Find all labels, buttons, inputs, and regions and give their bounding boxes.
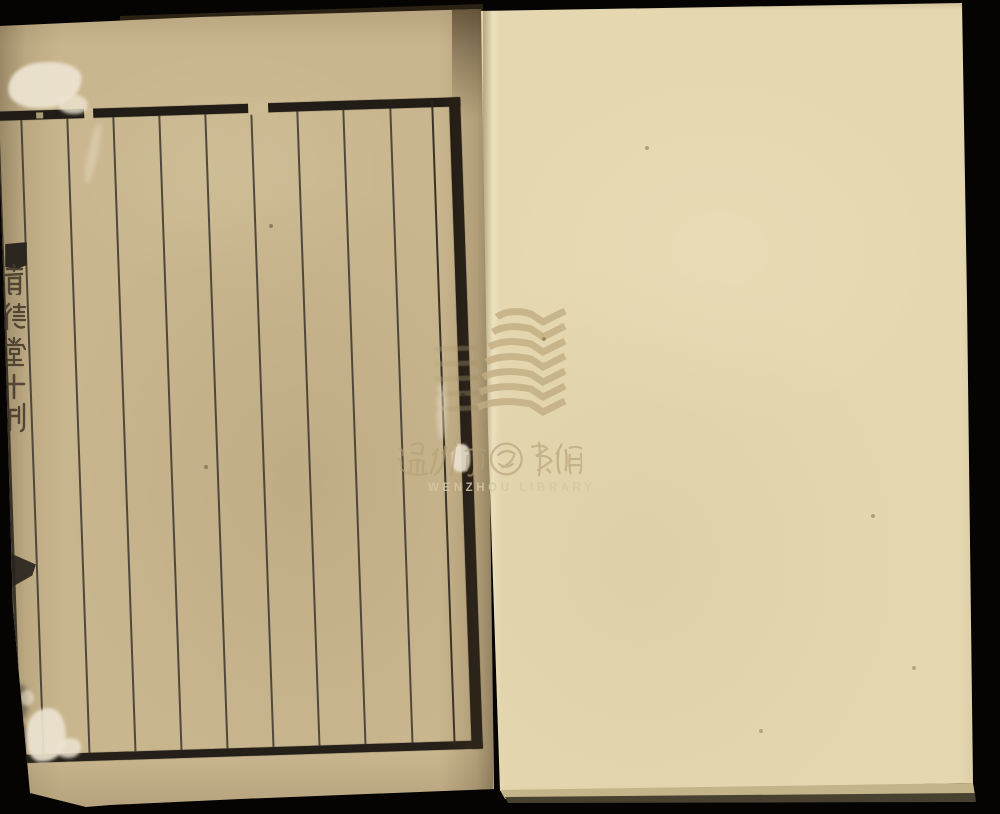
paper-stain [58,94,88,114]
column-rule [158,116,182,750]
frame-left-border [0,112,22,763]
spine-glyph-tang [1,336,27,367]
column-rule [204,114,228,748]
column-rule [296,111,320,745]
photo-backdrop: WENZHOU LIBRARY [0,0,1000,814]
spine-glyph-yu [1,264,27,295]
column-rule [342,110,366,744]
paper-stain [437,382,446,440]
paper-specks [0,0,2,2]
column-rule [66,119,90,753]
column-rule [20,120,44,754]
spine-glyph-de [1,300,27,331]
border-print-gap [248,102,268,115]
paper-stain [56,738,81,758]
library-name-watermark-en: WENZHOU LIBRARY [428,482,598,500]
spine-glyph-shi [1,370,27,401]
library-logo-watermark [477,306,571,420]
column-rule [112,117,136,751]
spine-glyph-kan [1,402,27,433]
paper-stain [20,690,34,706]
library-name-watermark-zh [396,438,582,480]
frame-bottom-border [12,741,482,764]
column-rule [389,108,413,742]
border-print-gap [36,112,43,118]
column-rule [250,113,274,747]
printed-border-frame [0,97,483,763]
